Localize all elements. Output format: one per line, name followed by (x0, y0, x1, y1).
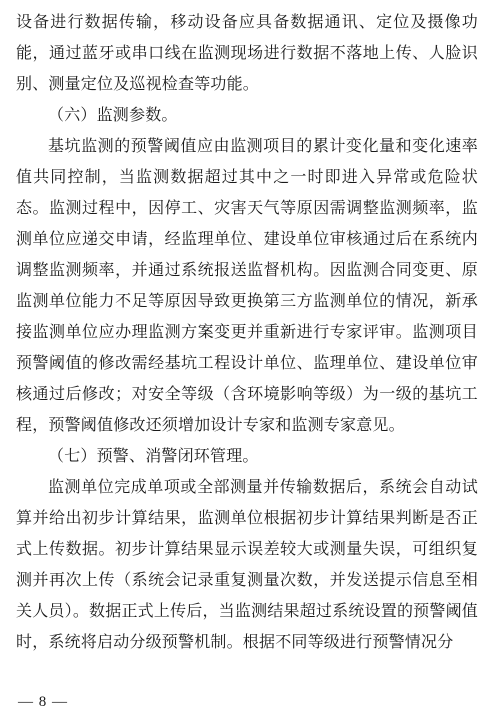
document-page: 设备进行数据传输，移动设备应具备数据通讯、定位及摄像功能，通过蓝牙或串口线在监测… (0, 0, 494, 721)
paragraph-warning-closed-loop-management: 监测单位完成单项或全部测量并传输数据后，系统会自动试算并给出初步计算结果，监测单… (16, 472, 478, 658)
page-number: — 8 — (18, 694, 68, 710)
paragraph-device-data-transfer: 设备进行数据传输，移动设备应具备数据通讯、定位及摄像功能，通过蓝牙或串口线在监测… (16, 7, 478, 100)
section-heading-six-monitoring-parameters: （六）监测参数。 (16, 100, 478, 131)
section-heading-seven-warning-management: （七）预警、消警闭环管理。 (16, 441, 478, 472)
paragraph-monitoring-parameters: 基坑监测的预警阈值应由监测项目的累计变化量和变化速率值共同控制，当监测数据超过其… (16, 131, 478, 441)
page-body: 设备进行数据传输，移动设备应具备数据通讯、定位及摄像功能，通过蓝牙或串口线在监测… (16, 7, 478, 658)
page-footer: — 8 — (18, 694, 68, 711)
